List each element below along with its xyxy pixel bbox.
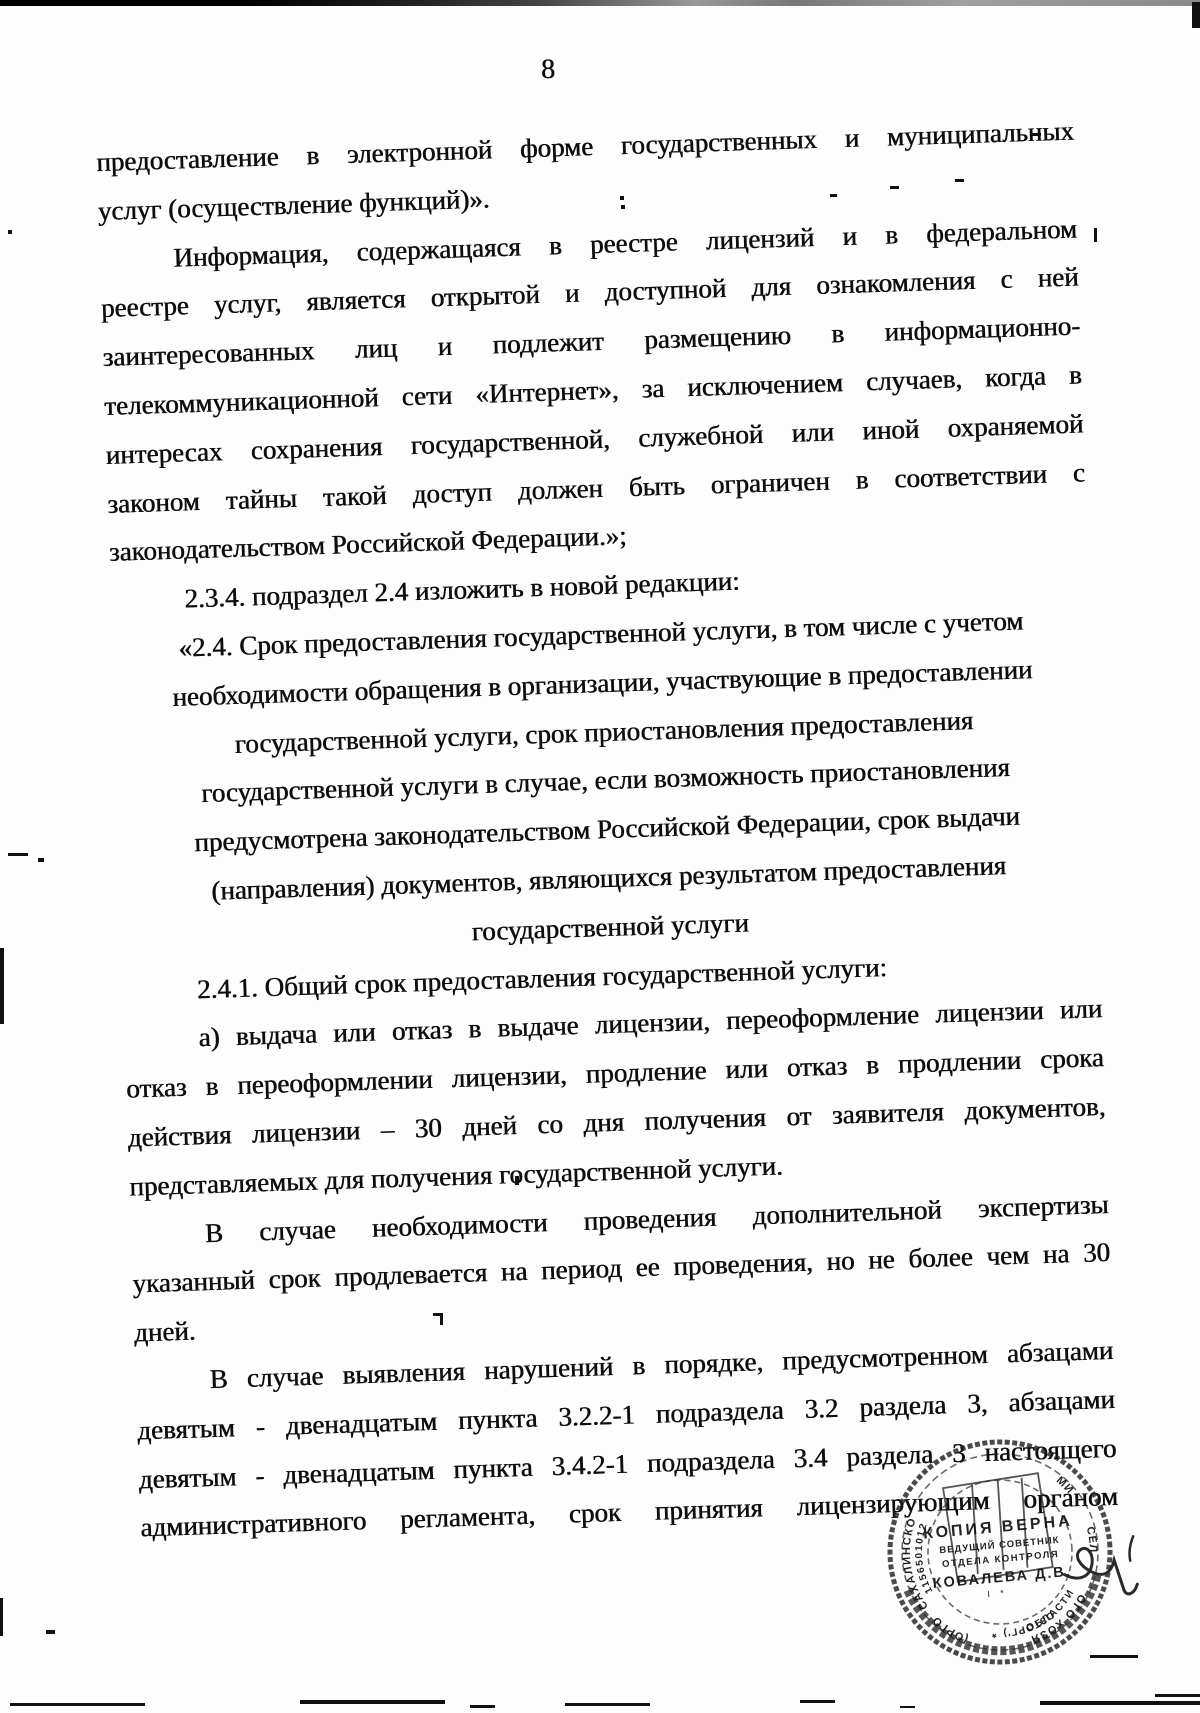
stamp-small-marks: I * (987, 1587, 1008, 1599)
scan-artifact-bottom-line (470, 1705, 495, 1708)
scan-artifact (46, 1630, 55, 1634)
scan-artifact (0, 1598, 3, 1636)
svg-text:*: * (990, 1626, 998, 1641)
svg-text:МИ: МИ (1053, 1473, 1077, 1497)
scanned-document-page: 8 предоставление в электронной форме гос… (0, 0, 1200, 1713)
scan-artifact-top-edge (0, 0, 1200, 6)
scan-artifact-bottom-line (900, 1706, 915, 1708)
scan-artifact (38, 858, 44, 862)
scan-artifact (8, 230, 12, 234)
scan-artifact-bottom-line (565, 1703, 650, 1706)
stamp-ring-text: МИ (1053, 1473, 1077, 1497)
scan-artifact-bottom-line (10, 1703, 145, 1706)
scan-artifact (8, 853, 28, 856)
page-number: 8 (528, 54, 569, 87)
scan-artifact-bottom-line (800, 1700, 835, 1703)
scan-artifact (1094, 228, 1097, 242)
scan-artifact (1192, 2, 1200, 28)
stamp-ring-star: * (990, 1626, 998, 1641)
signature-stroke (1128, 1536, 1135, 1560)
scan-artifact (0, 948, 4, 1024)
copy-certification-stamp: ОГО ХОЗЯ (ОРГО САХАЛИНСКО СЕЛ МИ ОЗТОРГ'… (872, 1420, 1182, 1690)
scan-artifact-bottom-line (1040, 1701, 1200, 1705)
document-body-text: предоставление в электронной форме госуд… (95, 107, 1118, 1553)
scan-artifact-bottom-line (300, 1700, 445, 1704)
scan-artifact-bottom-line (1155, 1694, 1200, 1697)
